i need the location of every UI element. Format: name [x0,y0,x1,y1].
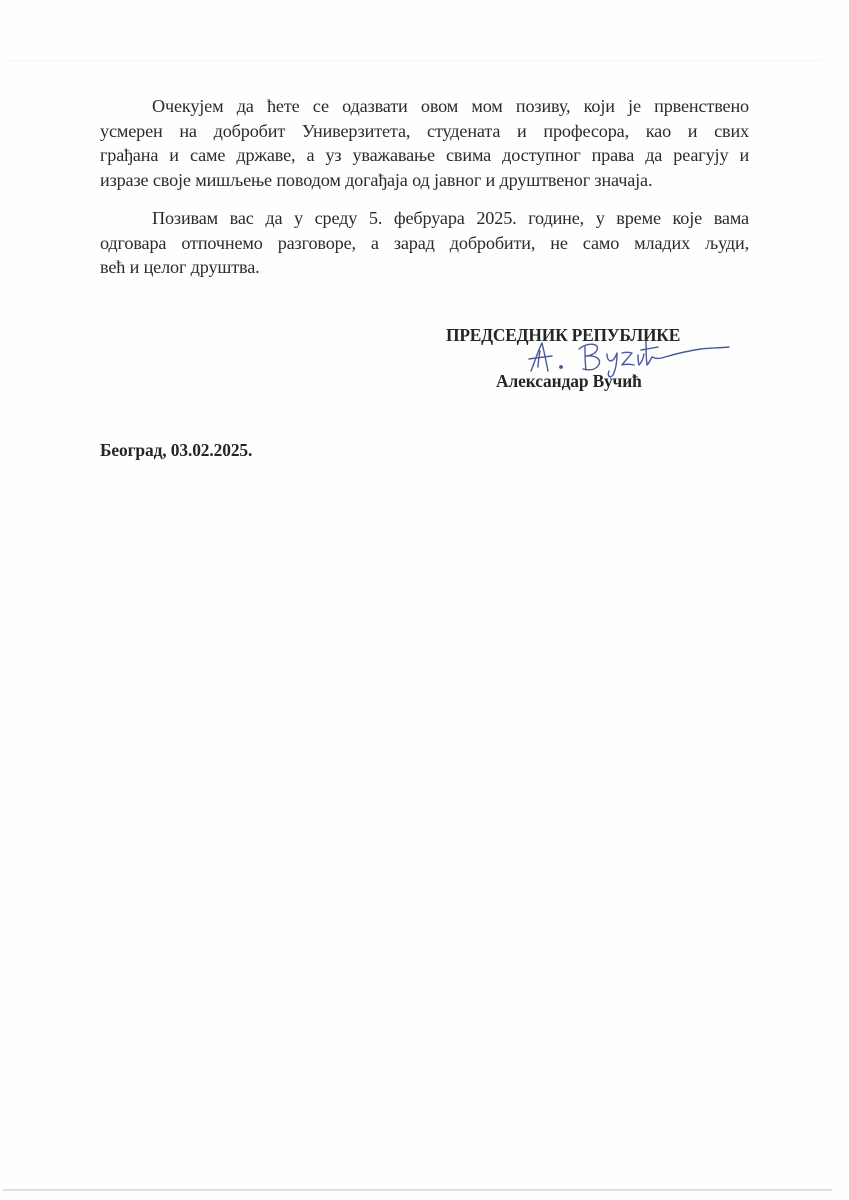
paragraph-line: изразе своје мишљење поводом догађаја од… [100,168,749,193]
signature-block: ПРЕДСЕДНИК РЕПУБЛИКЕ [430,323,740,398]
document-page: Очекујем да ћете се одазвати овом мом по… [0,0,849,1200]
page-bottom-edge [3,1189,832,1191]
paragraph-2: Позивам вас да у среду 5. фебруара 2025.… [100,206,749,280]
paragraph-line: већ и целог друштва. [100,255,749,280]
paragraph-1: Очекујем да ћете се одазвати овом мом по… [100,94,749,192]
signatory-name: Александар Вучић [496,371,642,392]
place-and-date: Београд, 03.02.2025. [100,440,252,461]
page-top-edge [4,58,823,64]
paragraph-line: усмерен на добробит Универзитета, студен… [100,119,749,144]
paragraph-line: Позивам вас да у среду 5. фебруара 2025.… [100,206,749,231]
paragraph-line: Очекујем да ћете се одазвати овом мом по… [100,94,749,119]
paragraph-line: одговара отпочнемо разговоре, а зарад до… [100,231,749,256]
paragraph-line: грађана и саме државе, а уз уважавање св… [100,143,749,168]
